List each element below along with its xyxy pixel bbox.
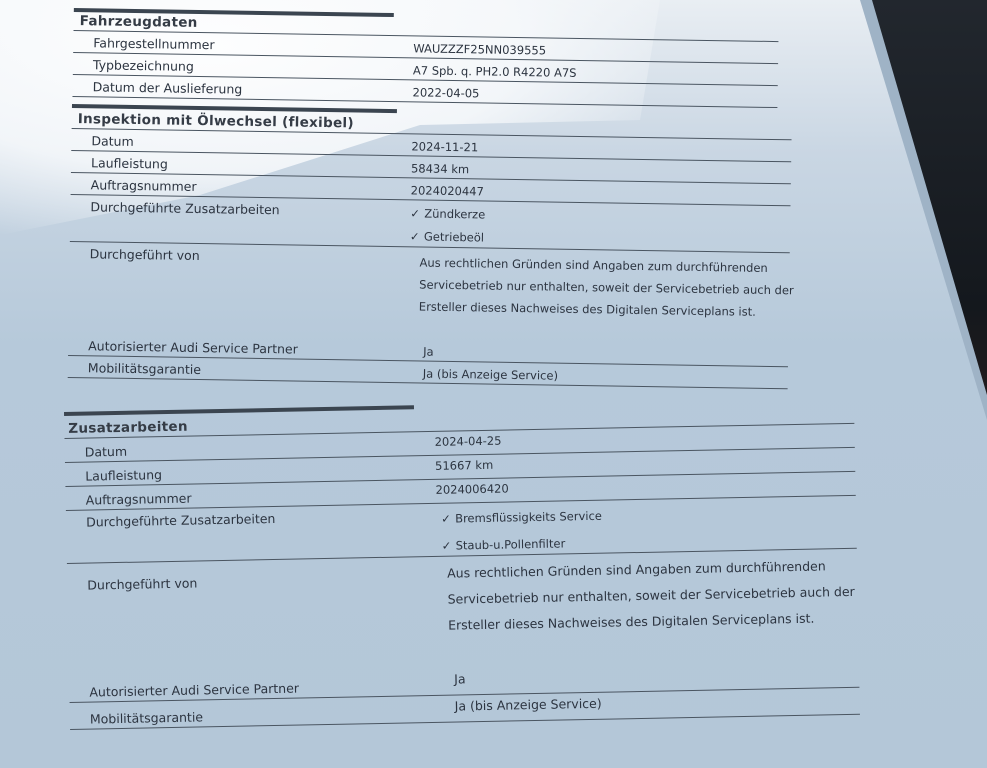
row-label: Typbezeichnung — [93, 57, 194, 74]
item-label: Getriebeöl — [424, 230, 484, 245]
extra-work-list: ✓Zündkerze ✓Getriebeöl — [410, 202, 486, 249]
check-icon: ✓ — [410, 202, 424, 225]
row-label: Laufleistung — [85, 467, 162, 483]
check-icon: ✓ — [441, 506, 456, 533]
item-label: Staub-u.Pollenfilter — [456, 536, 566, 552]
row-label: Mobilitätsgarantie — [90, 709, 203, 726]
list-item: ✓Zündkerze — [410, 202, 485, 226]
row-label: Datum der Auslieferung — [93, 79, 243, 96]
type-value: A7 Spb. q. PH2.0 R4220 A7S — [413, 63, 577, 80]
delivery-date-value: 2022-04-05 — [412, 85, 479, 100]
mileage-value: 58434 km — [411, 161, 469, 176]
date-value: 2024-11-21 — [411, 139, 478, 154]
legal-note: Aus rechtlichen Gründen sind Angaben zum… — [447, 553, 868, 639]
section-additional-work: Zusatzarbeiten Datum 2024-04-25 Laufleis… — [64, 397, 860, 730]
legal-note: Aus rechtlichen Gründen sind Angaben zum… — [419, 251, 820, 323]
item-label: Zündkerze — [424, 207, 485, 222]
vin-value: WAUZZZF25NN039555 — [413, 41, 546, 57]
row-label: Durchgeführte Zusatzarbeiten — [90, 199, 280, 242]
order-number-value: 2024006420 — [435, 481, 508, 496]
row-label: Laufleistung — [91, 155, 168, 171]
row-label: Durchgeführt von — [90, 246, 200, 263]
item-label: Bremsflüssigkeits Service — [455, 509, 602, 526]
row-label: Autorisierter Audi Service Partner — [89, 681, 299, 700]
row-label: Auftragsnummer — [91, 177, 197, 194]
row-label: Mobilitätsgarantie — [88, 360, 201, 377]
order-number-value: 2024020447 — [411, 183, 484, 198]
row-label: Datum — [91, 133, 134, 149]
list-item: ✓Getriebeöl — [410, 225, 485, 249]
mobility-value: Ja (bis Anzeige Service) — [423, 367, 558, 383]
date-value: 2024-04-25 — [435, 434, 502, 449]
table-row-performed-by: Durchgeführt von Aus rechtlichen Gründen… — [68, 242, 789, 345]
table-row-performed-by: Durchgeführt von Aus rechtlichen Gründen… — [67, 549, 859, 676]
row-label: Autorisierter Audi Service Partner — [88, 338, 298, 356]
service-document: Fahrzeugdaten Fahrgestellnummer WAUZZZF2… — [0, 0, 987, 768]
row-label: Durchgeführt von — [87, 575, 197, 592]
section-vehicle-data: Fahrzeugdaten Fahrgestellnummer WAUZZZF2… — [72, 0, 778, 108]
section-title: Fahrzeugdaten — [80, 13, 198, 31]
check-icon: ✓ — [410, 225, 424, 248]
row-label: Datum — [85, 444, 128, 460]
row-label: Fahrgestellnummer — [93, 35, 214, 52]
list-item: ✓Bremsflüssigkeits Service — [441, 503, 602, 533]
row-label: Durchgeführte Zusatzarbeiten — [86, 511, 276, 561]
partner-value: Ja — [454, 671, 466, 686]
mileage-value: 51667 km — [435, 458, 493, 473]
partner-value: Ja — [423, 345, 434, 359]
row-label: Auftragsnummer — [86, 491, 192, 508]
section-inspection: Inspektion mit Ölwechsel (flexibel) Datu… — [68, 104, 792, 389]
extra-work-list: ✓Bremsflüssigkeits Service ✓Staub-u.Poll… — [441, 503, 603, 560]
mobility-value: Ja (bis Anzeige Service) — [455, 696, 602, 714]
section-title: Zusatzarbeiten — [68, 419, 188, 437]
section-title: Inspektion mit Ölwechsel (flexibel) — [78, 111, 354, 131]
